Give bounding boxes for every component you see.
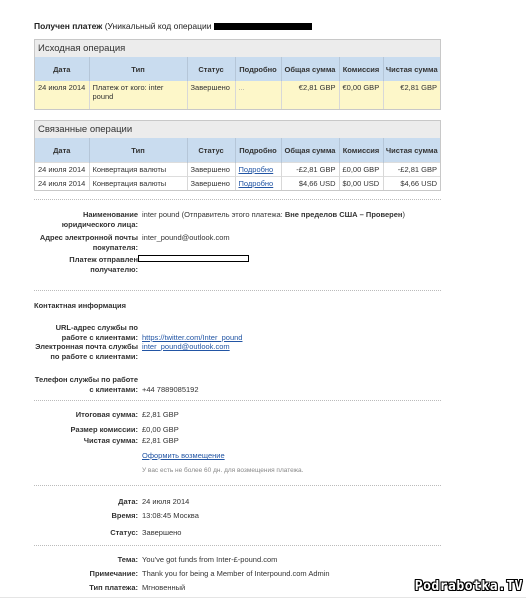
date-label: Дата: (34, 497, 138, 507)
original-operation-title: Исходная операция (35, 40, 440, 57)
date-value: 24 июля 2014 (138, 497, 189, 507)
fee-value: £0,00 GBP (138, 425, 179, 435)
buyer-email-label: Адрес электронной почты покупателя: (34, 233, 138, 252)
refund-note-row: У вас есть не более 60 дн. для возмещени… (34, 466, 441, 476)
time-value: 13:08:45 Москва (138, 511, 199, 521)
cell-fee: £0,00 GBP (339, 163, 383, 177)
col-status: Статус (187, 57, 235, 81)
total-row: Итоговая сумма: £2,81 GBP (34, 410, 441, 420)
col-date: Дата (35, 57, 89, 81)
sent-to-label: Платеж отправлен получателю: (34, 255, 138, 274)
time-label: Время: (34, 511, 138, 521)
divider (34, 485, 441, 486)
legal-name-value: inter pound (Отправитель этого платежа: … (138, 210, 405, 229)
fee-label: Размер комиссии: (34, 425, 138, 435)
sent-to-row: Платеж отправлен получателю: (34, 255, 441, 274)
support-email-link[interactable]: inter_pound@outlook.com (142, 342, 230, 351)
cell-gross: $4,66 USD (281, 177, 339, 191)
redacted-transaction-id (214, 23, 312, 30)
cell-date: 24 июля 2014 (35, 163, 89, 177)
cell-type: Платеж от кого: inter pound (89, 81, 187, 109)
net-label: Чистая сумма: (34, 436, 138, 446)
total-value: £2,81 GBP (138, 410, 179, 420)
col-net: Чистая сумма (383, 138, 440, 163)
details-link[interactable]: Подробно (239, 165, 274, 174)
buyer-email-value: inter_pound@outlook.com (138, 233, 230, 252)
col-status: Статус (187, 138, 235, 163)
support-email-row: Электронная почта службы по работе с кли… (34, 342, 441, 361)
legal-name-text: inter pound (Отправитель этого платежа: (142, 210, 285, 219)
bottom-divider (0, 597, 526, 598)
support-url-label: URL-адрес службы по работе с клиентами: (34, 323, 138, 342)
cell-details: ... (235, 81, 281, 109)
col-gross: Общая сумма (281, 138, 339, 163)
col-net: Чистая сумма (383, 57, 440, 81)
subject-label: Тема: (34, 555, 138, 565)
col-type: Тип (89, 138, 187, 163)
refund-row: Оформить возмещение (34, 451, 441, 461)
date-row: Дата: 24 июля 2014 (34, 497, 441, 507)
legal-name-close: ) (402, 210, 405, 219)
support-url-value: https://twitter.com/Inter_pound (138, 323, 242, 342)
support-phone-value: +44 7889085192 (138, 375, 199, 394)
cell-net: €2,81 GBP (383, 81, 440, 109)
cell-fee: €0,00 GBP (339, 81, 383, 109)
page-title: Получен платеж (Уникальный код операции (34, 21, 312, 31)
support-phone-label: Телефон службы по работе с клиентами: (34, 375, 138, 394)
related-operations-table: Дата Тип Статус Подробно Общая сумма Ком… (35, 138, 440, 190)
cell-status: Завершено (187, 81, 235, 109)
col-fee: Комиссия (339, 57, 383, 81)
table-row: 24 июля 2014 Конвертация валюты Завершен… (35, 177, 440, 191)
total-label: Итоговая сумма: (34, 410, 138, 420)
col-type: Тип (89, 57, 187, 81)
support-url-link[interactable]: https://twitter.com/Inter_pound (142, 333, 242, 342)
support-email-label: Электронная почта службы по работе с кли… (34, 342, 138, 361)
payment-type-label: Тип платежа: (34, 583, 138, 593)
table-row: 24 июля 2014 Конвертация валюты Завершен… (35, 163, 440, 177)
related-operations-panel: Связанные операции Дата Тип Статус Подро… (34, 120, 441, 191)
divider (34, 545, 441, 546)
cell-status: Завершено (187, 163, 235, 177)
verification-status: Вне пределов США – Проверен (285, 210, 403, 219)
refund-note: У вас есть не более 60 дн. для возмещени… (138, 466, 303, 476)
payment-type-row: Тип платежа: Мгновенный (34, 583, 441, 593)
refund-note-spacer (34, 466, 138, 476)
contact-section-title: Контактная информация (34, 301, 126, 310)
support-phone-row: Телефон службы по работе с клиентами: +4… (34, 375, 441, 394)
cell-net: $4,66 USD (383, 177, 440, 191)
refund-link-wrap: Оформить возмещение (138, 451, 225, 461)
table-row: 24 июля 2014 Платеж от кого: inter pound… (35, 81, 440, 109)
refund-spacer (34, 451, 138, 461)
divider (34, 199, 441, 200)
cell-status: Завершено (187, 177, 235, 191)
col-details: Подробно (235, 138, 281, 163)
col-fee: Комиссия (339, 138, 383, 163)
col-gross: Общая сумма (281, 57, 339, 81)
note-label: Примечание: (34, 569, 138, 579)
cell-gross: -£2,81 GBP (281, 163, 339, 177)
status-row: Статус: Завершено (34, 528, 441, 538)
title-rest: (Уникальный код операции (102, 21, 214, 31)
original-operation-table: Дата Тип Статус Подробно Общая сумма Ком… (35, 57, 440, 109)
legal-name-row: Наименование юридического лица: inter po… (34, 210, 441, 229)
divider (34, 290, 441, 291)
status-value: Завершено (138, 528, 181, 538)
net-row: Чистая сумма: £2,81 GBP (34, 436, 441, 446)
payment-type-value: Мгновенный (138, 583, 185, 593)
cell-details: Подробно (235, 163, 281, 177)
related-operations-title: Связанные операции (35, 121, 440, 138)
cell-gross: €2,81 GBP (281, 81, 339, 109)
watermark-logo: Podrabotka.TV (415, 579, 523, 594)
support-url-row: URL-адрес службы по работе с клиентами: … (34, 323, 441, 342)
subject-value: You've got funds from Inter-£-pound.com (138, 555, 277, 565)
net-value: £2,81 GBP (138, 436, 179, 446)
original-operation-panel: Исходная операция Дата Тип Статус Подроб… (34, 39, 441, 110)
cell-type: Конвертация валюты (89, 163, 187, 177)
redacted-recipient (138, 255, 249, 262)
details-link[interactable]: Подробно (239, 179, 274, 188)
cell-net: -£2,81 GBP (383, 163, 440, 177)
col-details: Подробно (235, 57, 281, 81)
legal-name-label: Наименование юридического лица: (34, 210, 138, 229)
cell-details: Подробно (235, 177, 281, 191)
title-bold: Получен платеж (34, 21, 102, 31)
subject-row: Тема: You've got funds from Inter-£-poun… (34, 555, 441, 565)
cell-type: Конвертация валюты (89, 177, 187, 191)
fee-row: Размер комиссии: £0,00 GBP (34, 425, 441, 435)
support-email-value: inter_pound@outlook.com (138, 342, 230, 361)
cell-date: 24 июля 2014 (35, 81, 89, 109)
buyer-email-row: Адрес электронной почты покупателя: inte… (34, 233, 441, 252)
col-date: Дата (35, 138, 89, 163)
cell-fee: $0,00 USD (339, 177, 383, 191)
status-label: Статус: (34, 528, 138, 538)
issue-refund-link[interactable]: Оформить возмещение (142, 451, 225, 460)
cell-date: 24 июля 2014 (35, 177, 89, 191)
sent-to-value (138, 255, 249, 274)
note-row: Примечание: Thank you for being a Member… (34, 569, 441, 579)
note-value: Thank you for being a Member of Interpou… (138, 569, 330, 579)
time-row: Время: 13:08:45 Москва (34, 511, 441, 521)
divider (34, 400, 441, 401)
